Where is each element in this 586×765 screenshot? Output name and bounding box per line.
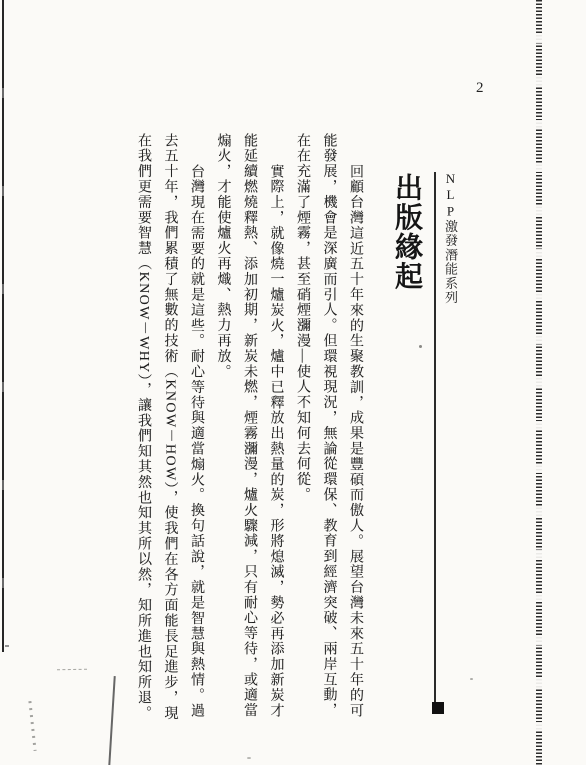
- scan-artifact-dot: [247, 757, 251, 759]
- series-title: NLP激發潛能系列: [441, 171, 459, 321]
- paragraph-1: 回顧台灣這近五十年來的生聚教訓，成果是豐碩而傲人。展望台灣未來五十年的可能發展，…: [289, 133, 369, 725]
- rule-end-square: [432, 702, 444, 714]
- scanned-book-page: 2 NLP激發潛能系列 出版緣起 回顧台灣這近五十年來的生聚教訓，成果是豐碩而傲…: [0, 0, 586, 765]
- scan-edge-line-left: [2, 0, 4, 652]
- paragraph-2: 實際上，就像燒一爐炭火，爐中已釋放出熱量的炭，形將熄滅，勢必再添加新炭才能延續燃…: [209, 133, 289, 725]
- scan-artifact-dot: [470, 678, 473, 680]
- scan-artifact-smudge: [28, 701, 36, 751]
- scan-artifact-dot: [419, 345, 422, 348]
- title-rule: [434, 172, 436, 703]
- scan-edge-tick: [5, 645, 9, 647]
- paragraph-3: 台灣現在需要的就是這些。耐心等待與適當煽火。換句話說，就是智慧與熱情。過去五十年…: [130, 133, 210, 725]
- page-title: 出版緣起: [388, 173, 424, 313]
- body-text: 回顧台灣這近五十年來的生聚教訓，成果是豐碩而傲人。展望台灣未來五十年的可能發展，…: [102, 133, 368, 725]
- scan-artifact-dashes: [57, 669, 87, 671]
- adjacent-page-bleed-text: [536, 0, 542, 765]
- page-number: 2: [476, 80, 484, 97]
